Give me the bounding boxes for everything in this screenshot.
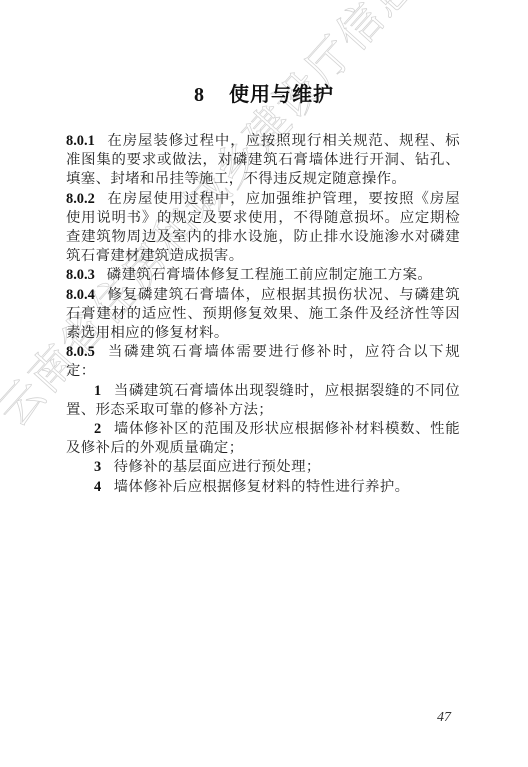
clause-text: 修复磷建筑石膏墙体，应根据其损伤状况、与磷建筑石膏建材的适应性、预期修复效果、施… <box>66 287 460 341</box>
list-item: 4墙体修补后应根据修复材料的特性进行养护。 <box>66 478 460 497</box>
clause-number: 8.0.1 <box>66 133 95 149</box>
clause-8-0-4: 8.0.4修复磷建筑石膏墙体，应根据其损伤状况、与磷建筑石膏建材的适应性、预期修… <box>66 286 460 344</box>
clause-text: 在房屋使用过程中，应加强维护管理，要按照《房屋使用说明书》的规定及要求使用，不得… <box>66 191 460 265</box>
list-item: 3待修补的基层面应进行预处理； <box>66 458 460 477</box>
body-text: 8.0.1在房屋装修过程中，应按照现行相关规范、规程、标准图集的要求或做法，对磷… <box>66 132 460 497</box>
clause-text: 当磷建筑石膏墙体需要进行修补时，应符合以下规定： <box>66 344 460 379</box>
clause-8-0-3: 8.0.3磷建筑石膏墙体修复工程施工前应制定施工方案。 <box>66 266 460 285</box>
chapter-title-text: 使用与维护 <box>229 82 334 106</box>
chapter-number: 8 <box>194 84 205 106</box>
item-text: 待修补的基层面应进行预处理； <box>114 459 321 475</box>
clause-number: 8.0.5 <box>66 344 95 360</box>
clause-8-0-2: 8.0.2在房屋使用过程中，应加强维护管理，要按照《房屋使用说明书》的规定及要求… <box>66 190 460 267</box>
item-number: 4 <box>94 479 102 495</box>
item-text: 当磷建筑石膏墙体出现裂缝时，应根据裂缝的不同位置、形态采取可靠的修补方法； <box>66 383 460 418</box>
list-item: 1当磷建筑石膏墙体出现裂缝时，应根据裂缝的不同位置、形态采取可靠的修补方法； <box>66 382 460 420</box>
clause-8-0-1: 8.0.1在房屋装修过程中，应按照现行相关规范、规程、标准图集的要求或做法，对磷… <box>66 132 460 190</box>
clause-number: 8.0.3 <box>66 267 95 283</box>
clause-number: 8.0.2 <box>66 191 95 207</box>
clause-8-0-5: 8.0.5当磷建筑石膏墙体需要进行修补时，应符合以下规定： <box>66 343 460 381</box>
page-number: 47 <box>437 710 451 726</box>
item-number: 1 <box>94 383 102 399</box>
clause-text: 磷建筑石膏墙体修复工程施工前应制定施工方案。 <box>107 267 432 283</box>
chapter-title: 8使用与维护 <box>0 78 528 107</box>
item-text: 墙体修补后应根据修复材料的特性进行养护。 <box>114 479 410 495</box>
item-number: 3 <box>94 459 102 475</box>
item-number: 2 <box>94 421 102 437</box>
list-item: 2墙体修补区的范围及形状应根据修补材料模数、性能及修补后的外观质量确定； <box>66 420 460 458</box>
item-text: 墙体修补区的范围及形状应根据修补材料模数、性能及修补后的外观质量确定； <box>66 421 460 456</box>
document-page: 云南省住房和城乡建设厅信息公开浏览专用 8使用与维护 8.0.1在房屋装修过程中… <box>0 0 528 767</box>
clause-number: 8.0.4 <box>66 287 95 303</box>
clause-text: 在房屋装修过程中，应按照现行相关规范、规程、标准图集的要求或做法，对磷建筑石膏墙… <box>66 133 460 187</box>
